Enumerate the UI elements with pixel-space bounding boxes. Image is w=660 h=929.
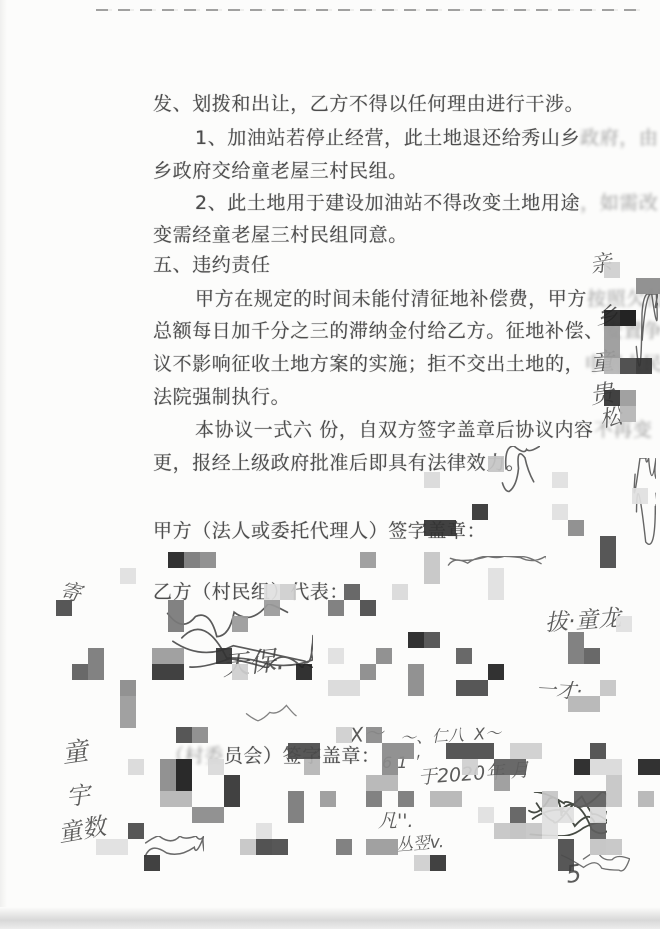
censor-block	[296, 664, 312, 680]
censor-block	[636, 278, 660, 294]
censor-block	[288, 743, 320, 759]
censor-block	[568, 696, 600, 712]
censor-block	[456, 648, 472, 664]
censor-block	[590, 839, 606, 855]
censor-block	[184, 552, 200, 568]
censor-block	[216, 648, 232, 664]
censor-block	[558, 807, 574, 823]
censor-block	[616, 616, 632, 632]
censor-block	[604, 390, 620, 406]
censor-block	[620, 390, 636, 406]
censor-block	[424, 632, 440, 648]
censor-block	[620, 406, 636, 422]
censor-block	[584, 648, 600, 664]
censor-block	[494, 775, 510, 791]
censor-block	[168, 600, 184, 632]
censor-block	[472, 504, 488, 520]
censor-block	[328, 680, 360, 696]
censor-block	[462, 759, 478, 775]
censor-block	[152, 648, 184, 664]
censor-block	[120, 680, 136, 696]
censor-block	[256, 823, 272, 839]
censor-block	[200, 552, 216, 568]
censor-block	[176, 727, 192, 743]
censor-block	[526, 743, 542, 759]
censor-block	[88, 648, 104, 680]
censor-block	[620, 310, 636, 326]
censor-block	[328, 648, 344, 664]
censor-block	[408, 664, 424, 696]
censor-block	[638, 759, 660, 775]
censor-block	[120, 696, 136, 728]
censor-block	[366, 727, 382, 743]
censor-block	[344, 584, 360, 600]
censor-block	[288, 791, 304, 823]
censor-block	[336, 727, 352, 743]
censor-block	[638, 791, 654, 807]
censor-block	[488, 456, 504, 472]
censor-block	[606, 775, 622, 807]
censor-block	[600, 536, 616, 568]
censor-block	[366, 791, 382, 807]
censor-block	[328, 600, 344, 616]
censor-block	[304, 759, 320, 775]
censor-block	[360, 664, 376, 680]
censor-block	[574, 759, 590, 775]
censor-block	[604, 262, 620, 278]
censor-block	[152, 664, 184, 680]
censor-block	[568, 632, 584, 664]
censor-block	[620, 358, 636, 374]
censor-block	[424, 472, 440, 488]
censor-block	[488, 664, 504, 680]
censor-block	[590, 807, 606, 823]
censor-block	[320, 791, 336, 807]
censor-block	[456, 680, 488, 696]
censor-block	[176, 759, 192, 791]
censor-block	[336, 839, 352, 855]
censor-block	[232, 664, 248, 680]
censor-block	[446, 743, 478, 759]
censor-block	[144, 855, 160, 871]
censor-block	[552, 504, 568, 520]
censor-block	[232, 616, 248, 632]
page-number: 5	[564, 861, 582, 887]
censor-block	[224, 775, 240, 807]
censor-block	[604, 326, 620, 358]
censor-block	[56, 600, 72, 616]
censor-block	[606, 839, 622, 855]
censor-block	[398, 743, 414, 759]
censor-block	[360, 600, 376, 616]
censor-block	[392, 584, 408, 600]
censor-block	[382, 743, 398, 775]
censor-block	[424, 520, 456, 536]
page-bottom-edge	[0, 907, 660, 929]
censor-block	[542, 791, 558, 807]
censor-block	[494, 759, 526, 775]
censor-block	[478, 743, 494, 759]
censor-block	[128, 759, 144, 775]
censor-block	[590, 759, 622, 775]
censor-mosaic-layer	[0, 0, 660, 929]
censor-block	[208, 759, 224, 775]
censor-block	[568, 520, 584, 536]
censor-block	[256, 839, 288, 855]
censor-block	[488, 568, 504, 600]
censor-block	[424, 552, 440, 584]
censor-block	[552, 472, 568, 488]
censor-block	[510, 807, 526, 823]
censor-block	[128, 823, 144, 839]
censor-block	[366, 839, 398, 855]
censor-block	[414, 855, 430, 871]
censor-block	[366, 775, 398, 791]
censor-block	[510, 823, 542, 839]
censor-block	[600, 680, 616, 696]
censor-block	[590, 743, 606, 759]
censor-block	[120, 568, 136, 584]
censor-block	[160, 791, 192, 807]
censor-block	[542, 807, 558, 839]
censor-block	[636, 358, 652, 374]
censor-block	[376, 648, 392, 664]
censor-block	[168, 552, 184, 568]
censor-block	[430, 855, 446, 871]
censor-block	[192, 727, 208, 743]
censor-block	[360, 552, 376, 568]
censor-block	[430, 791, 462, 807]
scanned-document-page: 发、划拨和出让，乙方不得以任何理由进行干涉。1、加油站若停止经营，此土地退还给秀…	[0, 0, 660, 929]
censor-block	[632, 488, 648, 504]
censor-block	[264, 600, 280, 616]
censor-block	[510, 743, 526, 759]
censor-block	[478, 807, 494, 823]
censor-block	[192, 807, 224, 823]
censor-block	[280, 584, 296, 600]
censor-block	[398, 791, 414, 807]
censor-block	[574, 791, 606, 807]
censor-block	[96, 839, 128, 855]
censor-block	[72, 664, 88, 680]
censor-block	[264, 584, 280, 600]
